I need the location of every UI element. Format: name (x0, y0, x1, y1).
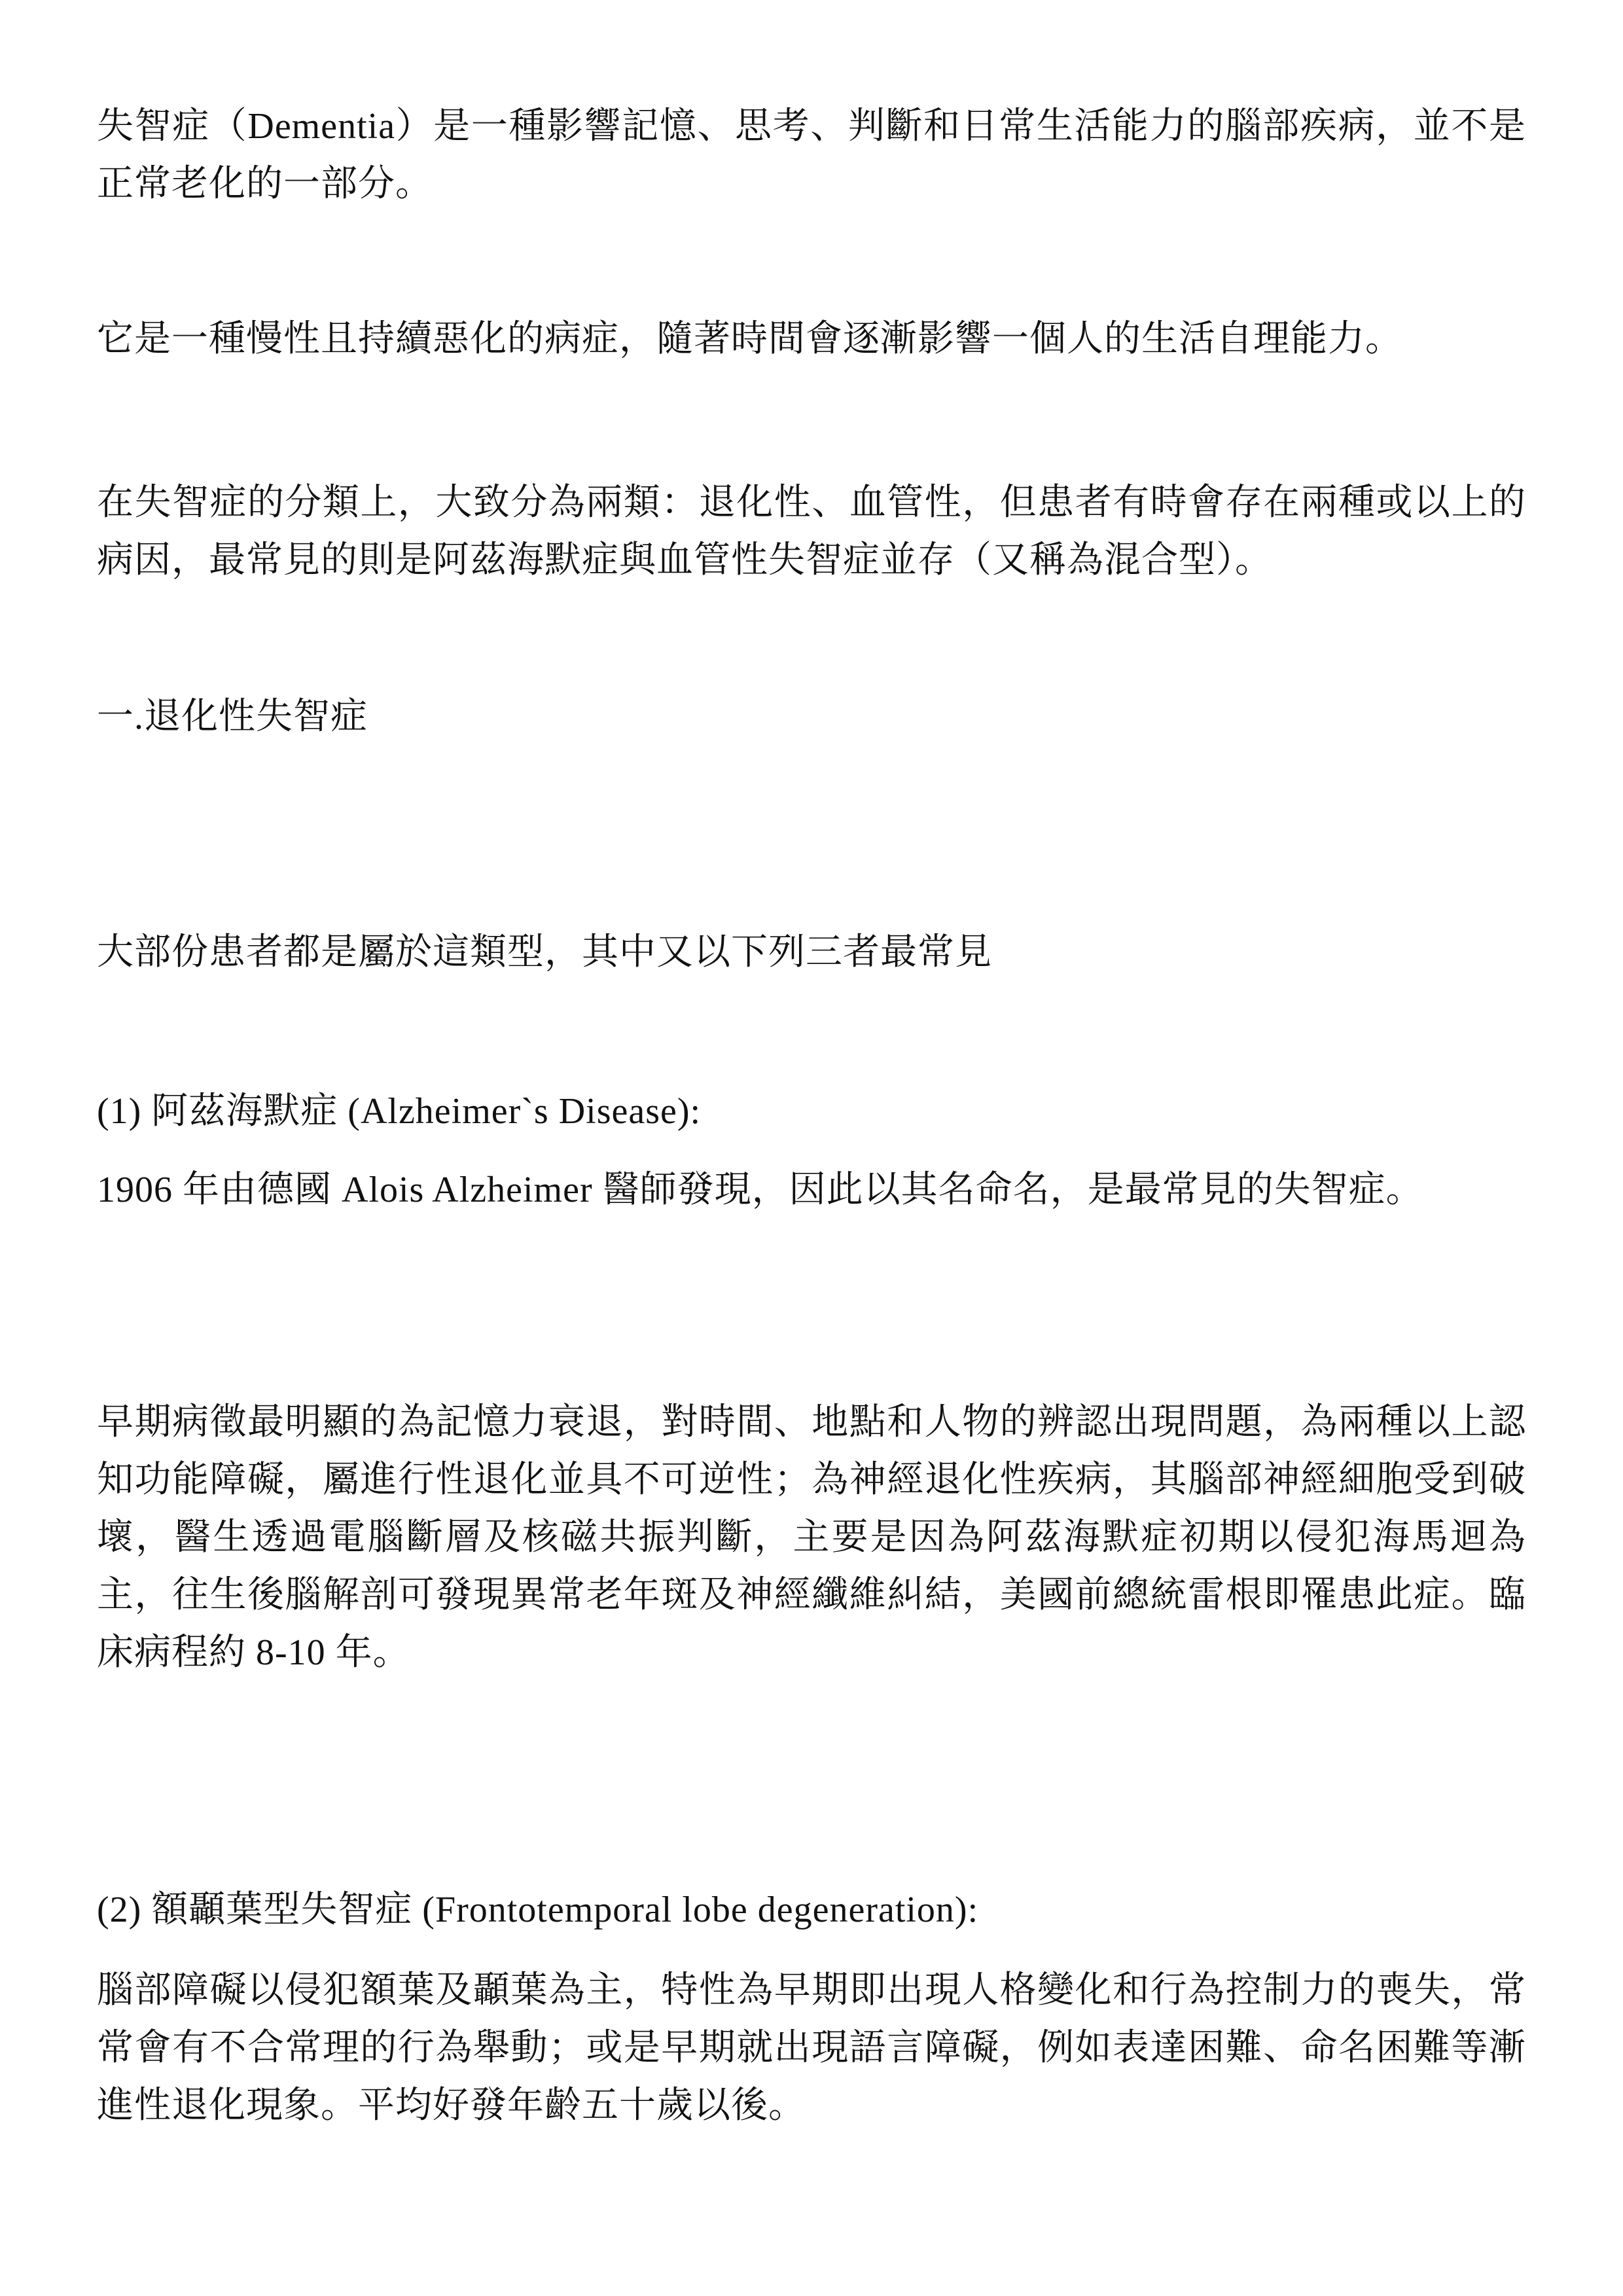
heading-degenerative-dementia: 一.退化性失智症 (97, 688, 1526, 745)
paragraph-alzheimer-symptoms: 早期病徵最明顯的為記憶力衰退，對時間、地點和人物的辨認出現問題，為兩種以上認知功… (97, 1393, 1526, 1681)
heading-alzheimers-disease: (1) 阿茲海默症 (Alzheimer`s Disease): (97, 1083, 1526, 1140)
paragraph-chronic-progression: 它是一種慢性且持續惡化的病症，隨著時間會逐漸影響一個人的生活自理能力。 (97, 310, 1526, 368)
paragraph-dementia-definition: 失智症（Dementia）是一種影響記憶、思考、判斷和日常生活能力的腦部疾病，並… (97, 98, 1526, 213)
paragraph-majority-patients: 大部份患者都是屬於這類型，其中又以下列三者最常見 (97, 924, 1526, 981)
paragraph-frontotemporal-description: 腦部障礙以侵犯額葉及顳葉為主，特性為早期即出現人格變化和行為控制力的喪失，常常會… (97, 1962, 1526, 2134)
document-page: 失智症（Dementia）是一種影響記憶、思考、判斷和日常生活能力的腦部疾病，並… (0, 0, 1623, 2296)
heading-frontotemporal-degeneration: (2) 額顳葉型失智症 (Frontotemporal lobe degener… (97, 1881, 1526, 1939)
paragraph-classification: 在失智症的分類上，大致分為兩類：退化性、血管性，但患者有時會存在兩種或以上的病因… (97, 474, 1526, 589)
paragraph-alzheimer-history: 1906 年由德國 Alois Alzheimer 醫師發現，因此以其名命名，是… (97, 1161, 1526, 1219)
